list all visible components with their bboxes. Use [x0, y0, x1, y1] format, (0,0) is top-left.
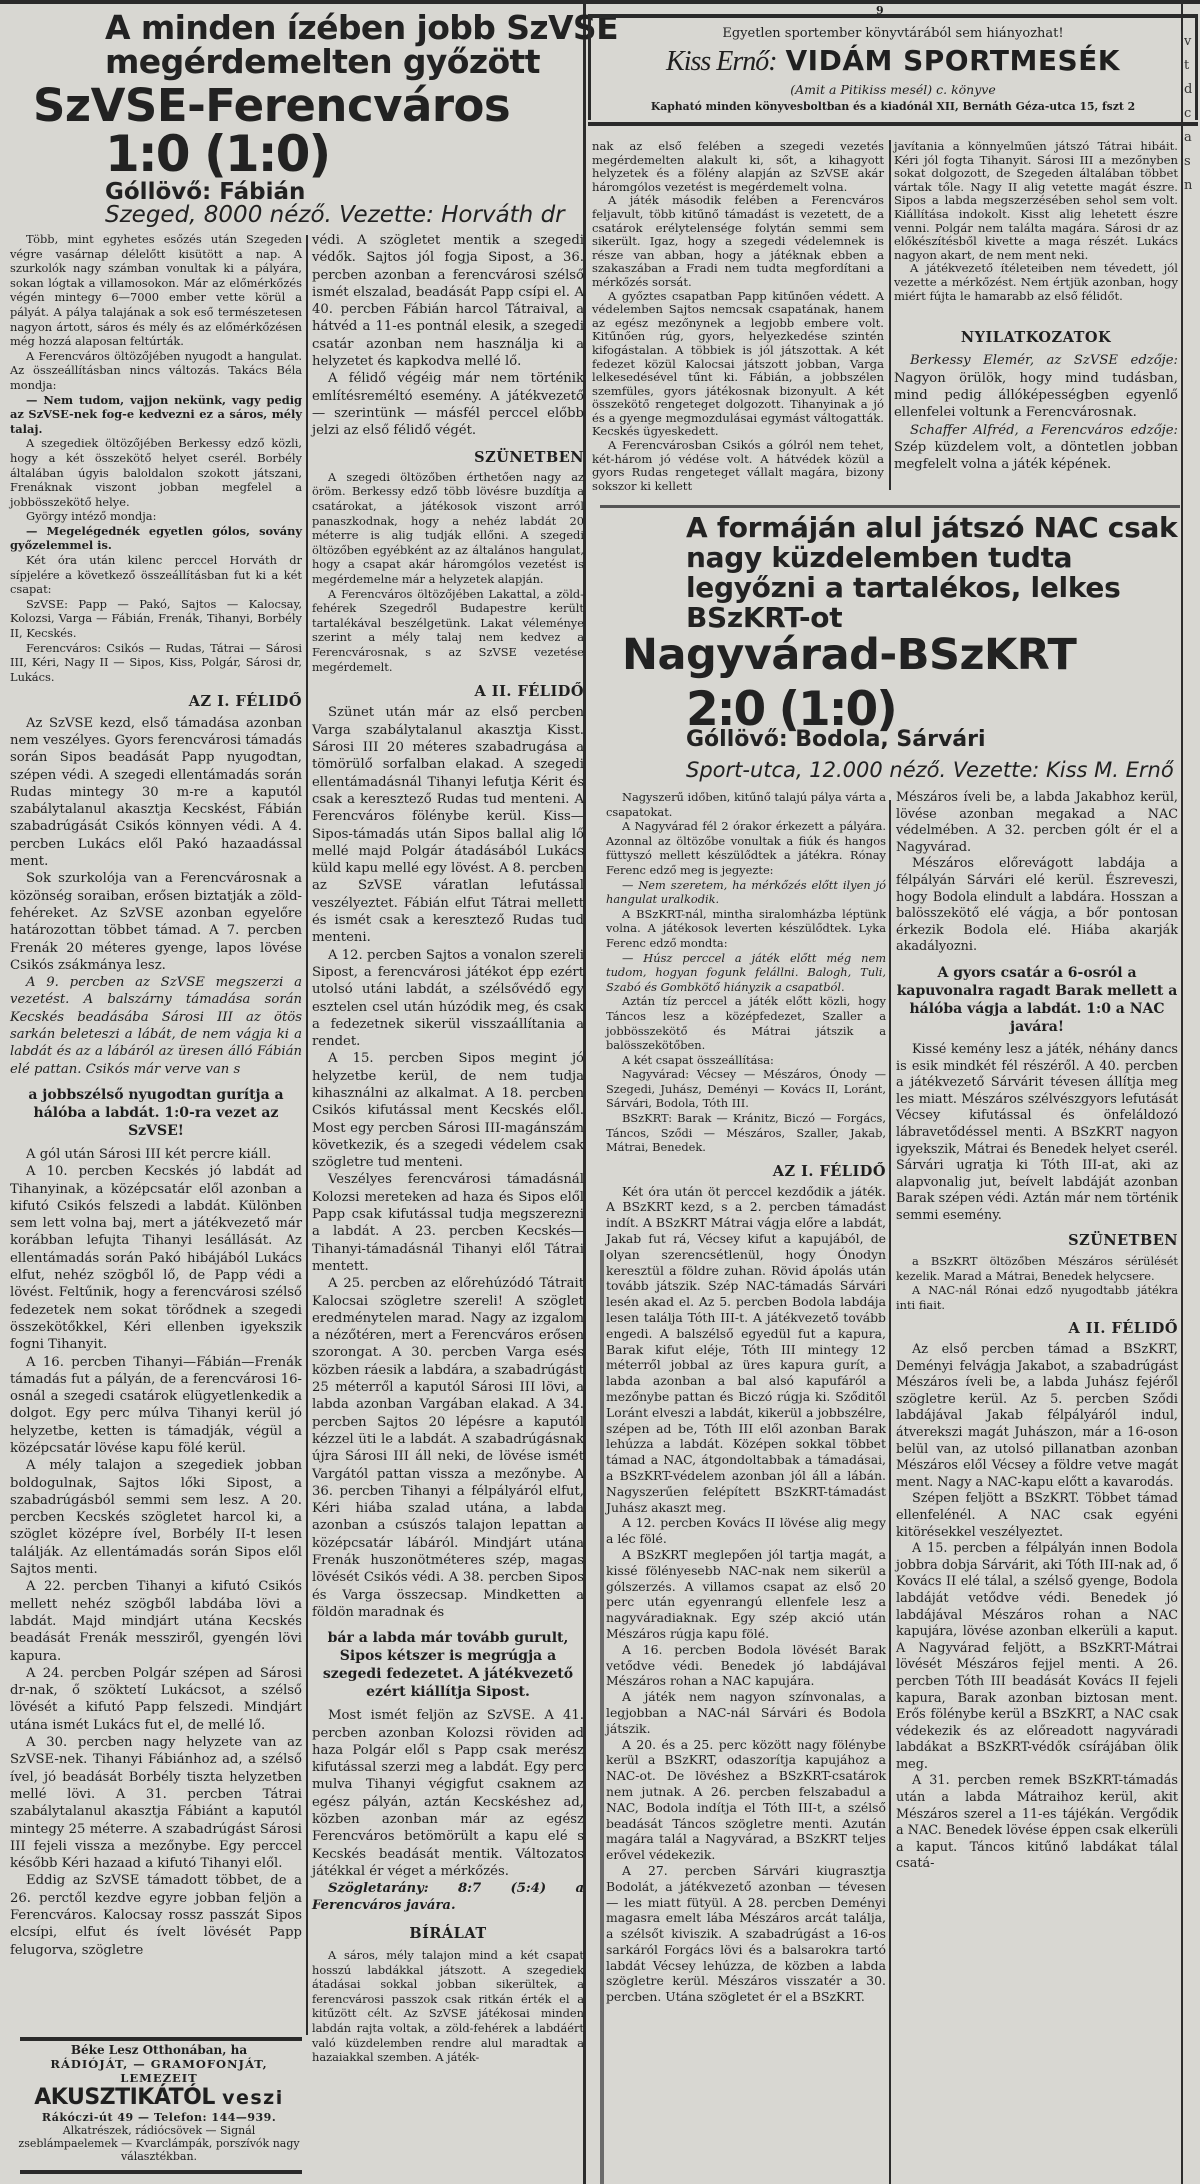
sending-off-highlight: bár a labda már tovább gurult, Sipos két… [312, 1629, 584, 1701]
headline-line2: megérdemelten győzött [105, 46, 540, 78]
section-title: A II. FÉLIDŐ [312, 683, 584, 700]
statement: Schaffer Alfréd, a Ferencváros edzője: S… [894, 422, 1178, 474]
critique-block: A sáros, mély talajon mind a két csapat … [312, 1948, 584, 2065]
article1-column1: Több, mint egyhetes esőzés után Szegeden… [10, 232, 302, 1959]
radio-advertisement: Béke Lesz Otthonában, ha RÁDIÓJÁT, — GRA… [14, 2043, 304, 2163]
edge-char: c [1184, 102, 1200, 126]
article1-column3: nak az első felében a szegedi vezetés me… [592, 140, 884, 493]
paragraph: A játék nem nagyon színvonalas, a legjob… [606, 1689, 886, 1736]
ad-address: Rákóczi-út 49 — Telefon: 144—939. [14, 2111, 304, 2124]
goal-highlight: a jobbszélső nyugodtan gurítja a hálóba … [10, 1086, 302, 1140]
paragraph: A félidő végéig már nem történik említés… [312, 370, 584, 439]
clipped-adjacent-column: v t d c a s n [1184, 30, 1200, 198]
paragraph: Veszélyes ferencvárosi támadásnál Kolozs… [312, 1171, 584, 1275]
intro-block: Több, mint egyhetes esőzés után Szegeden… [10, 232, 302, 684]
column-rule [889, 800, 891, 2184]
section-title: BÍRÁLAT [312, 1925, 584, 1942]
paragraph: A két csapat összeállítása: [606, 1053, 886, 1068]
ad-products: Alkatrészek, rádiócsövek — Signál zseblá… [14, 2124, 304, 2163]
article2-column1: Nagyszerű időben, kitűnő talajú pálya vá… [606, 790, 886, 2005]
paragraph: Kissé kemény lesz a játék, néhány dancs … [896, 1042, 1178, 1225]
paragraph: Az SzVSE kezd, első támadása azonban nem… [10, 715, 302, 871]
ad-tagline: Egyetlen sportember könyvtárából sem hiá… [591, 26, 1195, 41]
article2-headline: A formáján alul játszó NAC csak nagy küz… [686, 513, 1200, 633]
paragraph: A 16. percben Bodola lövését Barak vetőd… [606, 1642, 886, 1689]
paragraph: Két óra után öt perccel kezdődik a játék… [606, 1184, 886, 1516]
edge-char: a [1184, 126, 1200, 150]
section-rule [600, 505, 1180, 508]
paragraph: A Nagyvárad fél 2 órakor érkezett a pály… [606, 819, 886, 877]
paragraph: A 12. percben Kovács II lövése alig megy… [606, 1515, 886, 1547]
paragraph: A szegedi öltözőben érthetően nagy az ör… [312, 470, 584, 587]
ad-title-line: Kiss Ernő: VIDÁM SPORTMESÉK [591, 45, 1195, 78]
ad-line: Béke Lesz Otthonában, ha [14, 2043, 304, 2057]
ad-rule-bottom [588, 122, 1198, 126]
paragraph: Két óra után kilenc perccel Horváth dr s… [10, 553, 302, 597]
quote: — Megelégednék egyetlen gólos, sovány gy… [10, 524, 302, 553]
ad-availability: Kapható minden könyvesboltban és a kiadó… [591, 100, 1195, 113]
section-title: SZÜNETBEN [312, 449, 584, 466]
paragraph: Aztán tíz perccel a játék előtt közli, h… [606, 994, 886, 1052]
paragraph: A 16. percben Tihanyi—Fábián—Frenák táma… [10, 1354, 302, 1458]
quote: — Húsz perccel a játék előtt még nem tud… [606, 951, 886, 995]
article2-scorers: Góllövő: Bodola, Sárvári [686, 727, 986, 753]
goal-highlight: A gyors csatár a 6-osról a kapuvonalra r… [896, 964, 1178, 1036]
critique-continued: javítania a könnyelműen játszó Tátrai hi… [894, 140, 1178, 303]
paragraph: Most ismét feljön az SzVSE. A 41. percbe… [312, 1707, 584, 1880]
speaker: Berkessy Elemér, az SzVSE edzője: [910, 353, 1178, 368]
lineup-bszkrt: BSzKRT: Barak — Kránitz, Biczó — Forgács… [606, 1111, 886, 1155]
paragraph: A győztes csapatban Papp kitűnően védett… [592, 290, 884, 440]
headline-line1: A minden ízében jobb SzVSE [105, 12, 618, 44]
edge-char: t [1184, 54, 1200, 78]
ad-line: LEMEZEIT [14, 2071, 304, 2085]
ad-line: RÁDIÓJÁT, — GRAMOFONJÁT, [14, 2057, 304, 2071]
match-title: SzVSE-Ferencváros [33, 84, 510, 128]
paragraph: Szünet után már az első percben Varga sz… [312, 704, 584, 946]
edge-char: v [1184, 30, 1200, 54]
speaker: Schaffer Alfréd, a Ferencváros edzője: [910, 423, 1178, 438]
ad-rule-top [20, 2037, 302, 2041]
paragraph: javítania a könnyelműen játszó Tátrai hi… [894, 140, 1178, 262]
intro-block: Nagyszerű időben, kitűnő talajú pálya vá… [606, 790, 886, 1155]
article2-match: Nagyvárad-BSzKRT [622, 632, 1076, 678]
paragraph: A 12. percben Sajtos a vonalon szereli S… [312, 947, 584, 1051]
ad-brand: AKUSZTIKÁTÓL [34, 2085, 215, 2110]
paragraph: A 9. percben az SzVSE megszerzi a vezeté… [10, 974, 302, 1078]
paragraph: Sok szurkolója van a Ferencvárosnak a kö… [10, 870, 302, 974]
paragraph: Mészáros előrevágott labdája a félpályán… [896, 856, 1178, 956]
paragraph: A 30. percben nagy helyzete van az SzVSE… [10, 1734, 302, 1872]
edge-char: n [1184, 174, 1200, 198]
ad-book-title: VIDÁM SPORTMESÉK [786, 44, 1120, 77]
paragraph: a BSzKRT öltözőben Mészáros sérülését ke… [896, 1254, 1178, 1283]
article1-column4: javítania a könnyelműen játszó Tátrai hi… [894, 140, 1178, 474]
statement-text: Nagyon örülök, hogy mind tudásban, mind … [894, 371, 1178, 421]
lineup-szvse: SzVSE: Papp — Pakó, Sajtos — Kalocsay, K… [10, 597, 302, 641]
section-title: AZ I. FÉLIDŐ [606, 1164, 886, 1180]
paragraph: Nagyszerű időben, kitűnő talajú pálya vá… [606, 790, 886, 819]
ad-brand-suffix: veszi [222, 2087, 284, 2109]
paragraph: A BSzKRT-nál, mintha siralomházba léptün… [606, 907, 886, 951]
book-advertisement: Egyetlen sportember könyvtárából sem hiá… [588, 16, 1198, 120]
paragraph: A mély talajon a szegediek jobban boldog… [10, 1457, 302, 1578]
paragraph: A 20. és a 25. perc között nagy fölénybe… [606, 1737, 886, 1863]
paragraph: A Ferencvárosban Csikós a gólról nem teh… [592, 439, 884, 493]
paragraph: A 15. percben Sipos megint jó helyzetbe … [312, 1050, 584, 1171]
statement-text: Szép küzdelem volt, a döntetlen jobban m… [894, 440, 1178, 472]
break-block: A szegedi öltözőben érthetően nagy az ör… [312, 470, 584, 674]
corner-ratio: Szögletarány: 8:7 (5:4) a Ferencváros ja… [312, 1880, 584, 1915]
paragraph: Eddig az SzVSE támadott többet, de a 26.… [10, 1872, 302, 1958]
paragraph: nak az első felében a szegedi vezetés me… [592, 140, 884, 194]
paragraph: György intéző mondja: [10, 509, 302, 524]
paragraph: A 10. percben Kecskés jó labdát ad Tihan… [10, 1163, 302, 1353]
lineup-nagyvarad: Nagyvárad: Vécsey — Mészáros, Ónody — Sz… [606, 1067, 886, 1111]
column-rule [889, 140, 891, 490]
paragraph: A NAC-nál Rónai edző nyugodtabb játékra … [896, 1283, 1178, 1312]
newspaper-page: 9 A minden ízében jobb SzVSE megérdemelt… [0, 0, 1200, 2184]
column-rule [1181, 0, 1183, 2184]
paragraph: A 27. percben Sárvári kiugrasztja Bodolá… [606, 1863, 886, 2005]
paragraph: A gól után Sárosi III két percre kiáll. [10, 1146, 302, 1163]
ad-subtitle: (Amit a Pitikiss mesél) c. könyve [591, 82, 1195, 97]
edge-char: d [1184, 78, 1200, 102]
quote: — Nem szeretem, ha mérkőzés előtt ilyen … [606, 878, 886, 907]
match-score: 1:0 (1:0) [105, 128, 329, 180]
paragraph: A BSzKRT meglepően jól tartja magát, a k… [606, 1547, 886, 1642]
column-rule [306, 235, 308, 2035]
article2-column2: Mészáros íveli be, a labda Jakabhoz kerü… [896, 790, 1178, 1873]
paragraph: Szépen feljött a BSzKRT. Többet támad el… [896, 1491, 1178, 1541]
paragraph: A 15. percben a félpályán innen Bodola j… [896, 1541, 1178, 1773]
paragraph: A Ferencváros öltözőjében Lakattal, a zö… [312, 587, 584, 675]
paragraph: Több, mint egyhetes esőzés után Szegeden… [10, 232, 302, 349]
statement: Berkessy Elemér, az SzVSE edzője: Nagyon… [894, 352, 1178, 421]
ad-rule-bottom [20, 2170, 302, 2174]
ad-author: Kiss Ernő: [666, 46, 777, 77]
paragraph: A Ferencváros öltözőjében nyugodt a hang… [10, 349, 302, 393]
lineup-ferencvaros: Ferencváros: Csikós — Rudas, Tátrai — Sá… [10, 641, 302, 685]
paragraph: védi. A szögletet mentik a szegedi védők… [312, 232, 584, 370]
edge-char: s [1184, 150, 1200, 174]
top-rule [0, 0, 1200, 4]
article2-venue: Sport-utca, 12.000 néző. Vezette: Kiss M… [686, 757, 1174, 783]
paragraph: A 24. percben Polgár szépen ad Sárosi dr… [10, 1665, 302, 1734]
section-title: AZ I. FÉLIDŐ [10, 693, 302, 710]
section-title: SZÜNETBEN [896, 1233, 1178, 1250]
paragraph: A 31. percben remek BSzKRT-támadás után … [896, 1773, 1178, 1873]
article1-column2: védi. A szögletet mentik a szegedi védők… [312, 232, 584, 2065]
break-block: a BSzKRT öltözőben Mészáros sérülését ke… [896, 1254, 1178, 1312]
scan-fold [600, 1250, 604, 2184]
quote: — Nem tudom, vajjon nekünk, vagy pedig a… [10, 393, 302, 437]
ad-brand-line: AKUSZTIKÁTÓL veszi [14, 2085, 304, 2111]
paragraph: Mészáros íveli be, a labda Jakabhoz kerü… [896, 790, 1178, 856]
section-title: NYILATKOZATOK [894, 329, 1178, 346]
section-title: A II. FÉLIDŐ [896, 1321, 1178, 1338]
paragraph: A játékvezető ítéleteiben nem tévedett, … [894, 262, 1178, 303]
paragraph: A szegediek öltözőjében Berkessy edző kö… [10, 436, 302, 509]
paragraph: A 25. percben az előrehúzódó Tátrait Kal… [312, 1275, 584, 1621]
paragraph: A játék második felében a Ferencváros fe… [592, 194, 884, 289]
paragraph: Az első percben támad a BSzKRT, Deményi … [896, 1342, 1178, 1491]
paragraph: A sáros, mély talajon mind a két csapat … [312, 1948, 584, 2065]
paragraph: A 22. percben Tihanyi a kifutó Csikós me… [10, 1578, 302, 1664]
venue-line: Szeged, 8000 néző. Vezette: Horváth dr [105, 202, 565, 228]
